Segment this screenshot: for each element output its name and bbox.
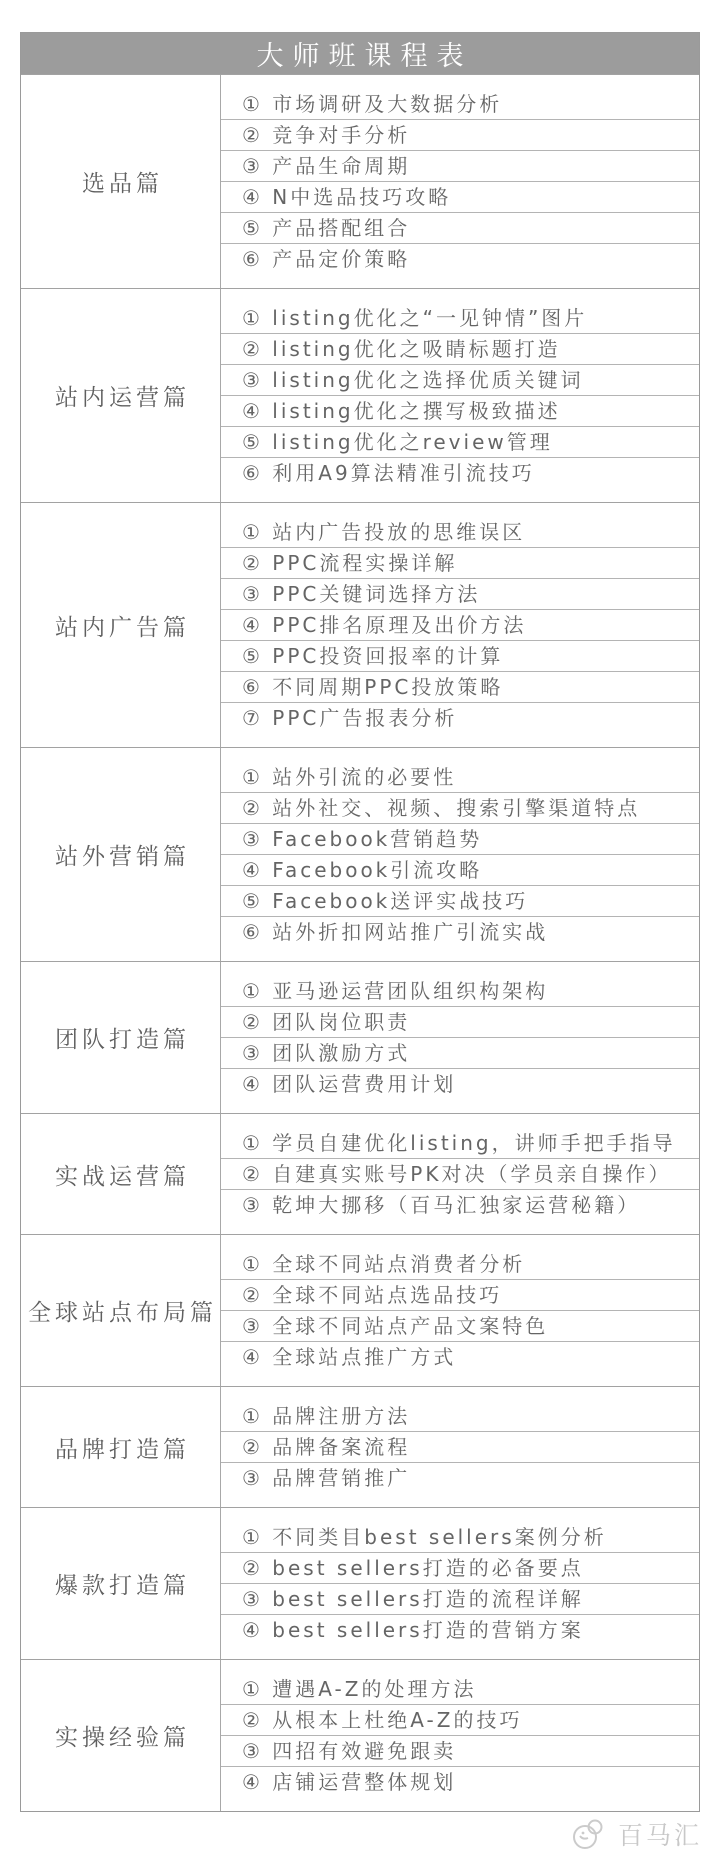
course-item: ④ PPC排名原理及出价方法 — [221, 610, 699, 641]
course-item: ⑥ 利用A9算法精准引流技巧 — [221, 458, 699, 488]
section-label: 站内运营篇 — [21, 289, 221, 502]
course-item: ⑥ 站外折扣网站推广引流实战 — [221, 917, 699, 947]
course-item: ① 站外引流的必要性 — [221, 762, 699, 793]
course-item: ⑥ 不同周期PPC投放策略 — [221, 672, 699, 703]
course-item: ① 站内广告投放的思维误区 — [221, 517, 699, 548]
section-items: ① 站内广告投放的思维误区② PPC流程实操详解③ PPC关键词选择方法④ PP… — [221, 503, 699, 747]
section-row: 实战运营篇① 学员自建优化listing，讲师手把手指导② 自建真实账号PK对决… — [21, 1113, 699, 1234]
course-item: ④ N中选品技巧攻略 — [221, 182, 699, 213]
course-item: ① 市场调研及大数据分析 — [221, 89, 699, 120]
section-label: 爆款打造篇 — [21, 1508, 221, 1659]
table-title: 大师班课程表 — [21, 33, 699, 74]
course-item: ③ Facebook营销趋势 — [221, 824, 699, 855]
course-item: ⑤ PPC投资回报率的计算 — [221, 641, 699, 672]
course-item: ⑥ 产品定价策略 — [221, 244, 699, 274]
course-item: ⑦ PPC广告报表分析 — [221, 703, 699, 733]
course-item: ④ 店铺运营整体规划 — [221, 1767, 699, 1797]
section-row: 爆款打造篇① 不同类目best sellers案例分析② best seller… — [21, 1507, 699, 1659]
course-item: ② listing优化之吸睛标题打造 — [221, 334, 699, 365]
course-item: ① 学员自建优化listing，讲师手把手指导 — [221, 1128, 699, 1159]
section-label: 站内广告篇 — [21, 503, 221, 747]
section-row: 全球站点布局篇① 全球不同站点消费者分析② 全球不同站点选品技巧③ 全球不同站点… — [21, 1234, 699, 1386]
section-label: 全球站点布局篇 — [21, 1235, 221, 1386]
section-label: 实操经验篇 — [21, 1660, 221, 1811]
section-items: ① listing优化之“一见钟情”图片② listing优化之吸睛标题打造③ … — [221, 289, 699, 502]
course-item: ② 团队岗位职责 — [221, 1007, 699, 1038]
section-label: 站外营销篇 — [21, 748, 221, 961]
course-item: ② 竞争对手分析 — [221, 120, 699, 151]
course-item: ① 不同类目best sellers案例分析 — [221, 1522, 699, 1553]
section-row: 品牌打造篇① 品牌注册方法② 品牌备案流程③ 品牌营销推广 — [21, 1386, 699, 1507]
course-item: ② 品牌备案流程 — [221, 1432, 699, 1463]
course-item: ③ 四招有效避免跟卖 — [221, 1736, 699, 1767]
section-items: ① 不同类目best sellers案例分析② best sellers打造的必… — [221, 1508, 699, 1659]
section-row: 实操经验篇① 遭遇A-Z的处理方法② 从根本上杜绝A-Z的技巧③ 四招有效避免跟… — [21, 1659, 699, 1811]
course-item: ④ listing优化之撰写极致描述 — [221, 396, 699, 427]
course-item: ③ PPC关键词选择方法 — [221, 579, 699, 610]
section-row: 团队打造篇① 亚马逊运营团队组织构架构② 团队岗位职责③ 团队激励方式④ 团队运… — [21, 961, 699, 1113]
course-item: ③ 产品生命周期 — [221, 151, 699, 182]
course-item: ③ best sellers打造的流程详解 — [221, 1584, 699, 1615]
course-item: ④ Facebook引流攻略 — [221, 855, 699, 886]
baimahui-logo-icon — [570, 1817, 612, 1851]
course-item: ② PPC流程实操详解 — [221, 548, 699, 579]
course-item: ③ 团队激励方式 — [221, 1038, 699, 1069]
course-item: ② 站外社交、视频、搜索引擎渠道特点 — [221, 793, 699, 824]
course-item: ② best sellers打造的必备要点 — [221, 1553, 699, 1584]
section-items: ① 品牌注册方法② 品牌备案流程③ 品牌营销推广 — [221, 1387, 699, 1507]
page-root: 大师班课程表 选品篇① 市场调研及大数据分析② 竞争对手分析③ 产品生命周期④ … — [0, 0, 720, 1858]
section-row: 选品篇① 市场调研及大数据分析② 竞争对手分析③ 产品生命周期④ N中选品技巧攻… — [21, 74, 699, 288]
section-row: 站内广告篇① 站内广告投放的思维误区② PPC流程实操详解③ PPC关键词选择方… — [21, 502, 699, 747]
course-item: ③ 品牌营销推广 — [221, 1463, 699, 1493]
section-items: ① 市场调研及大数据分析② 竞争对手分析③ 产品生命周期④ N中选品技巧攻略⑤ … — [221, 75, 699, 288]
section-label: 团队打造篇 — [21, 962, 221, 1113]
section-items: ① 遭遇A-Z的处理方法② 从根本上杜绝A-Z的技巧③ 四招有效避免跟卖④ 店铺… — [221, 1660, 699, 1811]
course-item: ② 全球不同站点选品技巧 — [221, 1280, 699, 1311]
section-items: ① 全球不同站点消费者分析② 全球不同站点选品技巧③ 全球不同站点产品文案特色④… — [221, 1235, 699, 1386]
course-item: ⑤ Facebook送评实战技巧 — [221, 886, 699, 917]
course-item: ③ 全球不同站点产品文案特色 — [221, 1311, 699, 1342]
course-item: ④ best sellers打造的营销方案 — [221, 1615, 699, 1645]
course-item: ① 全球不同站点消费者分析 — [221, 1249, 699, 1280]
section-row: 站内运营篇① listing优化之“一见钟情”图片② listing优化之吸睛标… — [21, 288, 699, 502]
section-label: 实战运营篇 — [21, 1114, 221, 1234]
course-item: ④ 全球站点推广方式 — [221, 1342, 699, 1372]
watermark-text: 百马汇 — [618, 1816, 702, 1852]
section-items: ① 亚马逊运营团队组织构架构② 团队岗位职责③ 团队激励方式④ 团队运营费用计划 — [221, 962, 699, 1113]
course-item: ① 遭遇A-Z的处理方法 — [221, 1674, 699, 1705]
course-item: ② 从根本上杜绝A-Z的技巧 — [221, 1705, 699, 1736]
section-row: 站外营销篇① 站外引流的必要性② 站外社交、视频、搜索引擎渠道特点③ Faceb… — [21, 747, 699, 961]
sections-container: 选品篇① 市场调研及大数据分析② 竞争对手分析③ 产品生命周期④ N中选品技巧攻… — [21, 74, 699, 1811]
course-item: ⑤ listing优化之review管理 — [221, 427, 699, 458]
course-item: ④ 团队运营费用计划 — [221, 1069, 699, 1099]
section-items: ① 站外引流的必要性② 站外社交、视频、搜索引擎渠道特点③ Facebook营销… — [221, 748, 699, 961]
section-label: 品牌打造篇 — [21, 1387, 221, 1507]
course-item: ③ listing优化之选择优质关键词 — [221, 365, 699, 396]
course-item: ① listing优化之“一见钟情”图片 — [221, 303, 699, 334]
course-item: ② 自建真实账号PK对决（学员亲自操作） — [221, 1159, 699, 1190]
section-label: 选品篇 — [21, 75, 221, 288]
watermark: 百马汇 — [570, 1816, 702, 1852]
course-item: ⑤ 产品搭配组合 — [221, 213, 699, 244]
section-items: ① 学员自建优化listing，讲师手把手指导② 自建真实账号PK对决（学员亲自… — [221, 1114, 699, 1234]
course-item: ① 亚马逊运营团队组织构架构 — [221, 976, 699, 1007]
course-item: ③ 乾坤大挪移（百马汇独家运营秘籍） — [221, 1190, 699, 1220]
course-table: 大师班课程表 选品篇① 市场调研及大数据分析② 竞争对手分析③ 产品生命周期④ … — [20, 32, 700, 1812]
course-item: ① 品牌注册方法 — [221, 1401, 699, 1432]
